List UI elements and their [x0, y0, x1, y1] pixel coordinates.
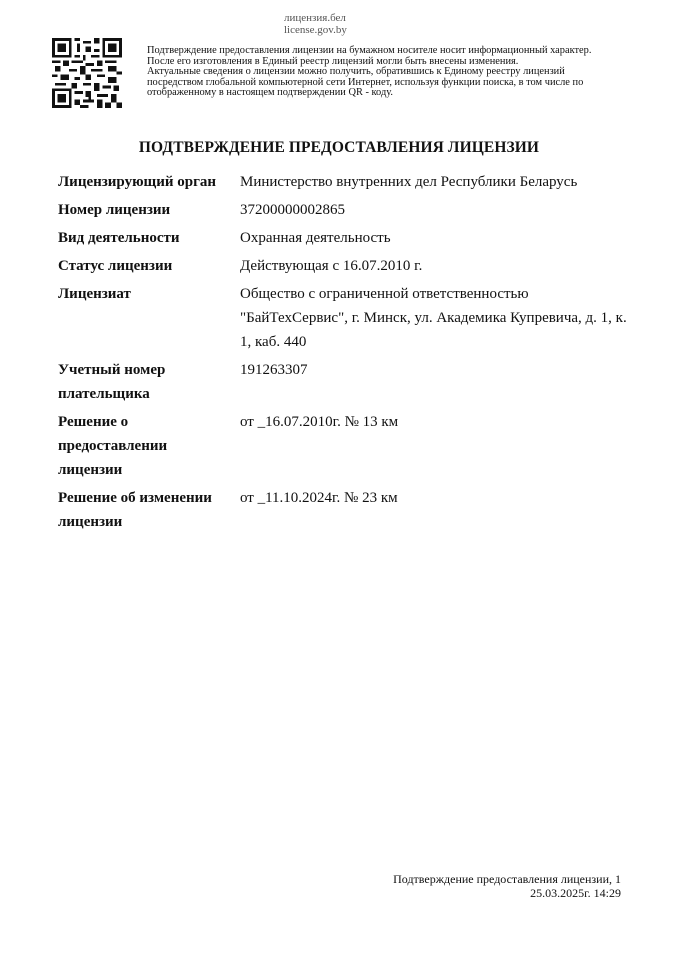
- field-value: от _16.07.2010г. № 13 км: [240, 410, 648, 482]
- field-label: Статус лицензии: [58, 254, 240, 278]
- field-value: Действующая с 16.07.2010 г.: [240, 254, 648, 278]
- info-notice: Подтверждение предоставления лицензии на…: [147, 46, 647, 99]
- footer-page-label: Подтверждение предоставления лицензии, 1: [393, 872, 621, 886]
- field-label: Решение о предоставлении лицензии: [58, 410, 198, 482]
- field-label: Учетный номер плательщика: [58, 358, 208, 406]
- field-licensee: Лицензиат Общество с ограниченной ответс…: [58, 282, 648, 354]
- field-value: 191263307: [240, 358, 648, 406]
- field-taxpayer-number: Учетный номер плательщика 191263307: [58, 358, 648, 406]
- field-value: Охранная деятельность: [240, 226, 648, 250]
- page-footer: Подтверждение предоставления лицензии, 1…: [393, 872, 621, 900]
- field-value: Министерство внутренних дел Республики Б…: [240, 170, 648, 194]
- field-label: Решение об изменении лицензии: [58, 486, 234, 534]
- site-domain-by: license.gov.by: [284, 24, 394, 36]
- field-label: Номер лицензии: [58, 198, 240, 222]
- field-license-number: Номер лицензии 37200000002865: [58, 198, 648, 222]
- field-change-decision: Решение об изменении лицензии от _11.10.…: [58, 486, 648, 534]
- field-license-status: Статус лицензии Действующая с 16.07.2010…: [58, 254, 648, 278]
- field-label: Лицензирующий орган: [58, 170, 240, 194]
- field-grant-decision: Решение о предоставлении лицензии от _16…: [58, 410, 648, 482]
- site-domain-bel: лицензия.бел: [284, 12, 394, 24]
- field-licensing-authority: Лицензирующий орган Министерство внутрен…: [58, 170, 648, 194]
- field-activity-type: Вид деятельности Охранная деятельность: [58, 226, 648, 250]
- field-value: 37200000002865: [240, 198, 648, 222]
- field-label: Вид деятельности: [58, 226, 240, 250]
- document-title: ПОДТВЕРЖДЕНИЕ ПРЕДОСТАВЛЕНИЯ ЛИЦЕНЗИИ: [0, 139, 678, 157]
- field-label: Лицензиат: [58, 282, 240, 354]
- field-value: Общество с ограниченной ответственностью…: [240, 282, 648, 354]
- footer-timestamp: 25.03.2025г. 14:29: [393, 886, 621, 900]
- notice-line: отображенному в настоящем подтверждении …: [147, 88, 647, 99]
- site-address: лицензия.бел license.gov.by: [284, 12, 394, 36]
- license-details: Лицензирующий орган Министерство внутрен…: [58, 170, 648, 534]
- field-value: от _11.10.2024г. № 23 км: [240, 486, 648, 534]
- qr-code-icon: [52, 38, 122, 108]
- notice-line: Подтверждение предоставления лицензии на…: [147, 46, 647, 57]
